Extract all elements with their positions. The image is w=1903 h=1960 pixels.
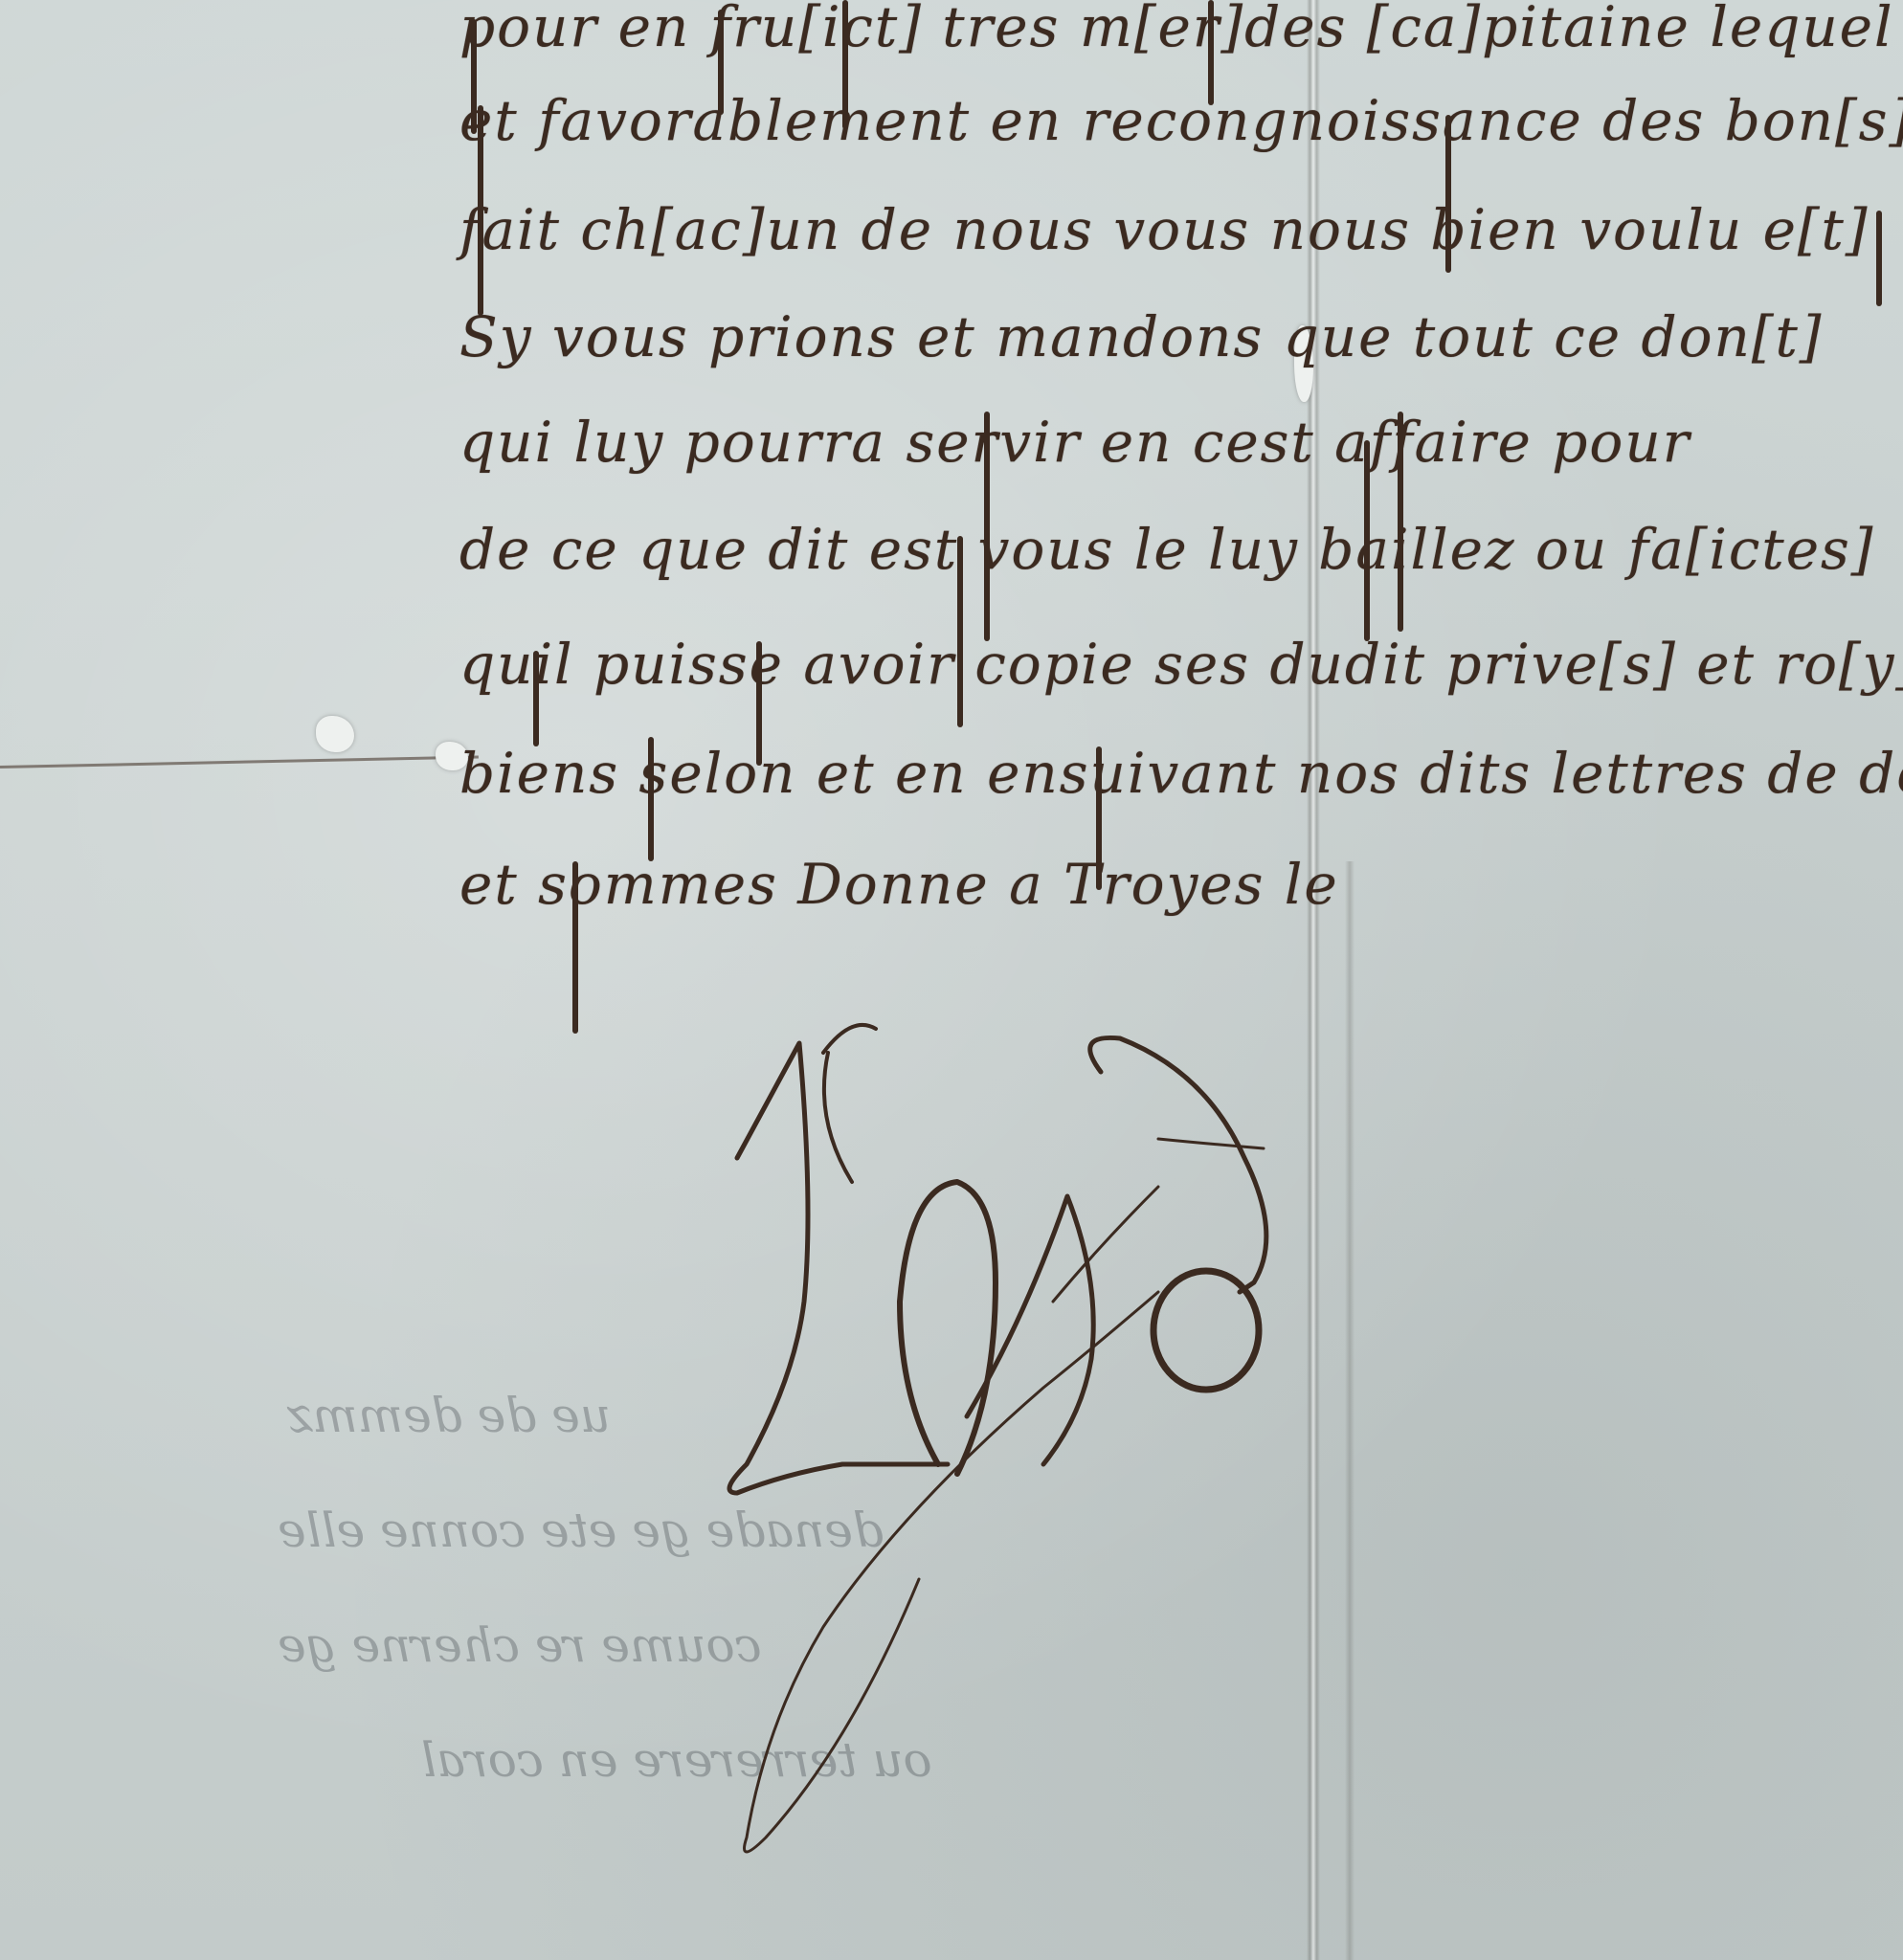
- long-s-stroke: [1876, 211, 1882, 306]
- secondary-fold-crease: [1345, 861, 1354, 1960]
- letter-line-6: de ce que dit est vous le luy baillez ou…: [459, 517, 1874, 582]
- paper-tear: [316, 716, 354, 752]
- long-s-stroke: [471, 19, 477, 134]
- long-s-stroke: [842, 0, 848, 129]
- long-s-stroke: [572, 861, 578, 1034]
- bleed-through-line: coume re cherne ge: [278, 1617, 762, 1673]
- long-s-stroke: [1208, 0, 1214, 105]
- letter-line-8: biens selon et en ensuivant nos dits let…: [459, 741, 1903, 806]
- long-s-stroke: [1364, 440, 1370, 641]
- royal-signature: Loys: [708, 1014, 1302, 1876]
- signature-flourish-icon: [708, 1014, 1302, 1876]
- long-s-stroke: [648, 737, 654, 861]
- letter-line-2: et favorablement en recongnoissance des …: [459, 88, 1903, 153]
- long-s-stroke: [756, 641, 762, 766]
- letter-line-7: quil puisse avoir copie ses dudit prive[…: [459, 632, 1903, 697]
- letter-line-5: qui luy pourra servir en cest affaire po…: [459, 410, 1690, 475]
- long-s-stroke: [478, 105, 483, 316]
- bleed-through-line: ue de demmz: [287, 1388, 611, 1443]
- letter-line-1: pour en fru[ict] tres m[er]des [ca]pitai…: [459, 0, 1903, 59]
- long-s-stroke: [1096, 746, 1102, 890]
- letter-line-4: Sy vous prions et mandons que tout ce do…: [459, 304, 1823, 369]
- long-s-stroke: [1398, 412, 1403, 632]
- letter-line-9: et sommes Donne a Troyes le: [459, 852, 1339, 917]
- long-s-stroke: [957, 536, 963, 727]
- long-s-stroke: [984, 412, 990, 641]
- long-s-stroke: [533, 651, 539, 746]
- letter-line-3: fait ch[ac]un de nous vous nous bien vou…: [459, 197, 1869, 262]
- long-s-stroke: [1445, 115, 1451, 273]
- horizontal-crack: [0, 756, 479, 768]
- manuscript-page: ue de demmz denade ge ete conne elle cou…: [0, 0, 1903, 1960]
- long-s-stroke: [718, 10, 724, 115]
- vertical-fold-crease: [1307, 0, 1320, 1960]
